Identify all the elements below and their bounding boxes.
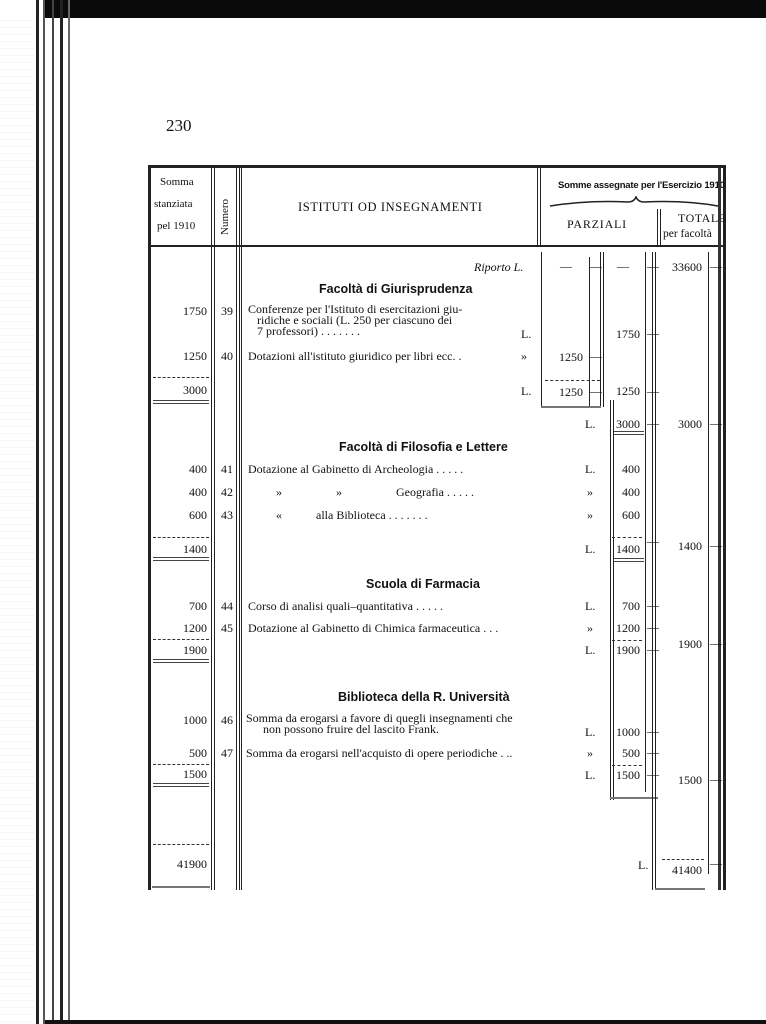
- currency-mark: »: [521, 349, 527, 364]
- ditto-mark: »: [336, 485, 342, 500]
- somma-cell: 400: [152, 485, 207, 500]
- description-cell: Dotazione al Gabinetto di Archeologia . …: [248, 462, 463, 477]
- numero-cell: 39: [221, 304, 233, 319]
- header-numero: Numero: [219, 199, 231, 235]
- total-facolta: 3000: [660, 417, 702, 432]
- header-somme-assegnate: Somme assegnate per l'Esercizio 1910: [558, 180, 725, 191]
- total-facolta: 1900: [660, 637, 702, 652]
- currency-mark: »: [587, 485, 593, 500]
- total-parziale: 3000: [604, 417, 640, 432]
- riporto-parziali-b: —: [617, 259, 629, 274]
- numero-cell: 47: [221, 746, 233, 761]
- ditto-mark: »: [276, 485, 282, 500]
- header-istituti: ISTITUTI OD INSEGNAMENTI: [298, 200, 483, 215]
- numero-cell: 46: [221, 713, 233, 728]
- currency-mark: L.: [585, 417, 595, 432]
- subtotal-somma: 1400: [152, 542, 207, 557]
- description-cell: Conferenze per l'Istituto di esercitazio…: [248, 304, 462, 337]
- parziale-cell: 400: [604, 485, 640, 500]
- parziale-cell: 1000: [604, 725, 640, 740]
- parziale-cell: 1200: [604, 621, 640, 636]
- currency-mark: »: [587, 508, 593, 523]
- riporto-dash: —: [590, 259, 602, 274]
- riporto-dash: —: [647, 259, 659, 274]
- riporto-dash: —: [710, 259, 722, 274]
- currency-mark: »: [587, 746, 593, 761]
- somma-cell: 1750: [152, 304, 207, 319]
- somma-cell: 500: [152, 746, 207, 761]
- parziali-a-rule: [541, 252, 542, 407]
- subtotal-somma: 3000: [152, 383, 207, 398]
- budget-table: Somma stanziata pel 1910 Numero ISTITUTI…: [0, 0, 766, 1024]
- currency-mark: L.: [585, 542, 595, 557]
- currency-mark: »: [587, 621, 593, 636]
- section-title-filosofia: Facoltà di Filosofia e Lettere: [339, 440, 508, 454]
- total-parziale: 1500: [604, 768, 640, 783]
- somma-cell: 1250: [152, 349, 207, 364]
- currency-mark: L.: [521, 327, 531, 342]
- total-parziale: 1900: [604, 643, 640, 658]
- ditto-mark: «: [276, 508, 282, 523]
- currency-mark: L.: [638, 858, 648, 873]
- grand-total-totale: 41400: [660, 863, 702, 878]
- description-cell: Corso di analisi quali–quantitativa . . …: [248, 599, 443, 614]
- numero-cell: 44: [221, 599, 233, 614]
- header-parziali: PARZIALI: [567, 217, 627, 232]
- currency-mark: L.: [585, 643, 595, 658]
- subtotal-parziale-b: 1250: [604, 384, 640, 399]
- description-cell: Geografia . . . . .: [396, 485, 474, 500]
- description-cell: Dotazione al Gabinetto di Chimica farmac…: [248, 621, 498, 636]
- numero-cell: 45: [221, 621, 233, 636]
- currency-mark: L.: [521, 384, 531, 399]
- riporto-label: Riporto L.: [474, 260, 523, 275]
- section-title-biblioteca: Biblioteca della R. Università: [338, 690, 510, 704]
- somma-cell: 400: [152, 462, 207, 477]
- subtotal-somma: 1500: [152, 767, 207, 782]
- currency-mark: L.: [585, 768, 595, 783]
- numero-cell: 42: [221, 485, 233, 500]
- numero-cell: 43: [221, 508, 233, 523]
- parziale-cell: 1750: [604, 327, 640, 342]
- section-title-farmacia: Scuola di Farmacia: [366, 577, 480, 591]
- total-parziale: 1400: [604, 542, 640, 557]
- total-facolta: 1400: [660, 539, 702, 554]
- parziale-cell: 400: [604, 462, 640, 477]
- parziale-cell: 1250: [545, 350, 583, 365]
- brace-icon: [548, 196, 720, 208]
- somma-cell: 1000: [152, 713, 207, 728]
- numero-cell: 40: [221, 349, 233, 364]
- riporto-totale: 33600: [660, 260, 702, 275]
- description-cell: Somma da erogarsi a favore di quegli ins…: [246, 713, 513, 735]
- somma-cell: 600: [152, 508, 207, 523]
- currency-mark: L.: [585, 725, 595, 740]
- header-somma-line1: Somma: [160, 176, 194, 188]
- header-somma-line2: stanziata: [154, 198, 192, 210]
- parziale-cell: 700: [604, 599, 640, 614]
- grand-total-somma: 41900: [152, 857, 207, 872]
- numero-cell: 41: [221, 462, 233, 477]
- riporto-parziali-a: —: [560, 259, 572, 274]
- description-cell: alla Biblioteca . . . . . . .: [316, 508, 428, 523]
- description-cell: Dotazioni all'istituto giuridico per lib…: [248, 349, 461, 364]
- subtotal-somma: 1900: [152, 643, 207, 658]
- subtotal-parziale-a: 1250: [545, 385, 583, 400]
- header-per-facolta: per facoltà: [663, 228, 712, 240]
- parziale-cell: 600: [604, 508, 640, 523]
- somma-cell: 1200: [152, 621, 207, 636]
- description-cell: Somma da erogarsi nell'acquisto di opere…: [246, 746, 512, 761]
- somma-cell: 700: [152, 599, 207, 614]
- section-title-giurisprudenza: Facoltà di Giurisprudenza: [319, 282, 473, 296]
- parziale-cell: 500: [604, 746, 640, 761]
- currency-mark: L.: [585, 462, 595, 477]
- currency-mark: L.: [585, 599, 595, 614]
- total-facolta: 1500: [660, 773, 702, 788]
- header-somma-line3: pel 1910: [157, 220, 195, 232]
